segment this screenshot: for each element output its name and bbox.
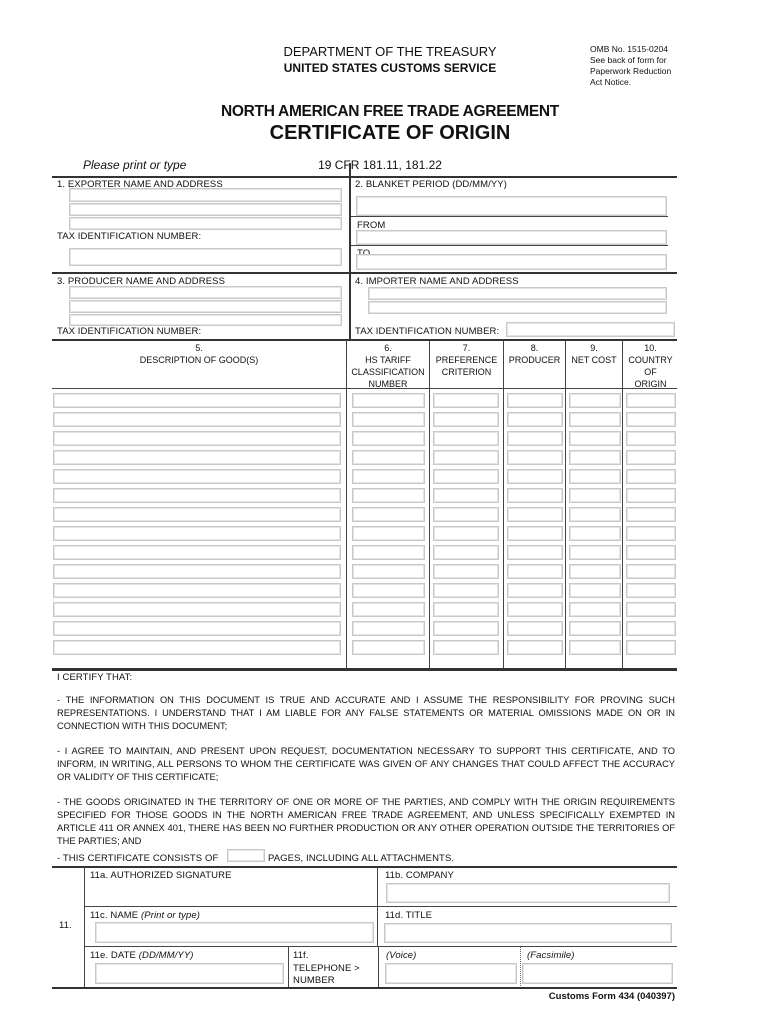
company-input[interactable] [387,886,669,904]
country-origin-input[interactable] [627,455,675,468]
description-cell[interactable] [53,469,341,484]
omb-line: Paperwork Reduction [590,66,700,77]
col-header-net-cost: 9. NET COST [566,342,622,366]
preference-cell[interactable] [433,526,499,541]
preference-cell[interactable] [433,469,499,484]
description-cell[interactable] [53,602,341,617]
divider [351,245,668,246]
preference-input[interactable] [434,645,498,658]
title-field[interactable] [384,923,672,943]
name-input[interactable] [96,924,373,943]
divider [349,163,351,341]
description-input[interactable] [54,607,340,620]
fax-label: (Facsimile) [527,950,575,961]
col-label: DESCRIPTION OF GOOD(S) [52,354,346,366]
net-cost-input[interactable] [570,531,620,544]
description-cell[interactable] [53,393,341,408]
hs-tariff-input[interactable] [353,493,424,506]
country-origin-input[interactable] [627,588,675,601]
preference-input[interactable] [434,626,498,639]
signature-area[interactable] [86,880,376,906]
producer-input[interactable] [508,493,562,506]
hs-tariff-cell[interactable] [352,488,425,503]
preference-cell[interactable] [433,488,499,503]
producer-cell[interactable] [507,488,563,503]
agreement-title: NORTH AMERICAN FREE TRADE AGREEMENT [150,103,630,121]
preference-input[interactable] [434,455,498,468]
hs-tariff-cell[interactable] [352,431,425,446]
column-divider [503,340,504,669]
country-origin-input[interactable] [627,607,675,620]
hs-tariff-cell[interactable] [352,564,425,579]
preference-input[interactable] [434,512,498,525]
certify-statement-2: - I AGREE TO MAINTAIN, AND PRESENT UPON … [57,745,675,784]
telephone-label: 11f. TELEPHONE > NUMBER [293,950,360,988]
company-label: 11b. COMPANY [385,870,454,881]
producer-input[interactable] [508,550,562,563]
preference-input[interactable] [434,588,498,601]
preference-cell[interactable] [433,583,499,598]
name-field[interactable] [95,922,374,943]
net-cost-input[interactable] [570,474,620,487]
preference-input[interactable] [434,531,498,544]
country-origin-cell[interactable] [626,412,676,427]
producer-cell[interactable] [507,545,563,560]
preference-input[interactable] [434,607,498,620]
producer-cell[interactable] [507,393,563,408]
col-label: PREFERENCE [430,354,503,366]
description-input[interactable] [54,493,340,506]
omb-notice: OMB No. 1515-0204 See back of form for P… [590,44,700,88]
country-origin-cell[interactable] [626,564,676,579]
preference-cell[interactable] [433,621,499,636]
producer-input[interactable] [508,645,562,658]
telephone-label-line: 11f. [293,950,360,963]
producer-address-line-1[interactable] [69,286,342,299]
country-origin-cell[interactable] [626,583,676,598]
certify-statement-3: - THE GOODS ORIGINATED IN THE TERRITORY … [57,796,675,848]
to-date-field[interactable] [356,254,667,270]
hs-tariff-input[interactable] [353,531,424,544]
department-title: DEPARTMENT OF THE TREASURY [250,44,530,59]
description-input[interactable] [54,645,340,658]
net-cost-cell[interactable] [569,488,621,503]
description-input[interactable] [54,531,340,544]
description-cell[interactable] [53,583,341,598]
section-11-number: 11. [59,920,72,931]
exporter-address-line-2[interactable] [69,203,342,216]
country-origin-input[interactable] [627,645,675,658]
hs-tariff-cell[interactable] [352,469,425,484]
date-input[interactable] [96,965,283,984]
hs-tariff-cell[interactable] [352,602,425,617]
certify-statement-1: - THE INFORMATION ON THIS DOCUMENT IS TR… [57,694,675,733]
hs-tariff-input[interactable] [353,550,424,563]
net-cost-input[interactable] [570,512,620,525]
preference-cell[interactable] [433,431,499,446]
col-label: PRODUCER [504,354,565,366]
preference-input[interactable] [434,569,498,582]
preference-cell[interactable] [433,545,499,560]
pages-prefix: - THIS CERTIFICATE CONSISTS OF [57,853,218,864]
net-cost-cell[interactable] [569,564,621,579]
divider [85,906,677,907]
divider [52,866,677,868]
col-number: 10. [623,342,678,354]
preference-input[interactable] [434,417,498,430]
page-count-input[interactable] [228,855,264,866]
hs-tariff-input[interactable] [353,569,424,582]
producer-input[interactable] [508,607,562,620]
country-origin-input[interactable] [627,398,675,411]
omb-line: See back of form for [590,55,700,66]
date-hint: (DD/MM/YY) [139,950,194,961]
hs-tariff-cell[interactable] [352,450,425,465]
importer-tax-label: TAX IDENTIFICATION NUMBER: [355,326,499,337]
title-label: 11d. TITLE [385,910,432,921]
divider [520,947,521,988]
from-date-field[interactable] [356,230,667,245]
preference-cell[interactable] [433,640,499,655]
col-label: NET COST [566,354,622,366]
description-cell[interactable] [53,488,341,503]
net-cost-input[interactable] [570,645,620,658]
preference-cell[interactable] [433,602,499,617]
name-hint: (Print or type) [141,910,200,921]
hs-tariff-cell[interactable] [352,393,425,408]
country-origin-cell[interactable] [626,469,676,484]
preference-input[interactable] [434,474,498,487]
col-header-description: 5. DESCRIPTION OF GOOD(S) [52,342,346,366]
net-cost-cell[interactable] [569,640,621,655]
divider [85,946,677,947]
net-cost-input[interactable] [570,569,620,582]
col-number: 9. [566,342,622,354]
description-input[interactable] [54,398,340,411]
hs-tariff-input[interactable] [353,645,424,658]
company-field[interactable] [386,883,670,903]
description-input[interactable] [54,512,340,525]
net-cost-cell[interactable] [569,602,621,617]
net-cost-cell[interactable] [569,526,621,541]
producer-input[interactable] [508,569,562,582]
hs-tariff-cell[interactable] [352,507,425,522]
net-cost-input[interactable] [570,398,620,411]
country-origin-cell[interactable] [626,507,676,522]
description-input[interactable] [54,417,340,430]
importer-address-input[interactable] [369,307,666,318]
column-divider [429,340,430,669]
description-input[interactable] [54,474,340,487]
country-origin-cell[interactable] [626,621,676,636]
importer-address-line-1[interactable] [368,287,667,300]
hs-tariff-cell[interactable] [352,583,425,598]
hs-tariff-input[interactable] [353,474,424,487]
description-cell[interactable] [53,412,341,427]
exporter-tax-label: TAX IDENTIFICATION NUMBER: [57,231,201,242]
producer-cell[interactable] [507,412,563,427]
country-origin-input[interactable] [627,474,675,487]
title-input[interactable] [385,926,671,944]
country-origin-cell[interactable] [626,545,676,560]
column-divider [565,340,566,669]
exporter-address-line-3[interactable] [69,217,342,230]
hs-tariff-input[interactable] [353,436,424,449]
preference-input[interactable] [434,493,498,506]
producer-input[interactable] [508,474,562,487]
producer-input[interactable] [508,626,562,639]
producer-cell[interactable] [507,507,563,522]
description-cell[interactable] [53,507,341,522]
omb-number: OMB No. 1515-0204 [590,44,700,55]
col-header-producer: 8. PRODUCER [504,342,565,366]
form-identifier: Customs Form 434 (040397) [470,991,675,1002]
net-cost-input[interactable] [570,550,620,563]
col-header-hs-tariff: 6. HS TARIFF CLASSIFICATION NUMBER [347,342,429,390]
to-date-input[interactable] [357,259,666,273]
omb-line: Act Notice. [590,77,700,88]
hs-tariff-input[interactable] [353,588,424,601]
hs-tariff-cell[interactable] [352,640,425,655]
preference-cell[interactable] [433,412,499,427]
hs-tariff-cell[interactable] [352,621,425,636]
hs-tariff-cell[interactable] [352,412,425,427]
producer-cell[interactable] [507,431,563,446]
regulation-ref: 19 CFR 181.11, 181.22 [290,158,470,172]
net-cost-cell[interactable] [569,469,621,484]
print-instruction: Please print or type [83,158,186,172]
description-input[interactable] [54,436,340,449]
hs-tariff-cell[interactable] [352,526,425,541]
date-field[interactable] [95,963,284,984]
col-number: 5. [52,342,346,354]
importer-label: 4. IMPORTER NAME AND ADDRESS [355,276,519,287]
col-label: CLASSIFICATION [347,366,429,378]
country-origin-input[interactable] [627,493,675,506]
net-cost-cell[interactable] [569,583,621,598]
divider [52,388,677,389]
net-cost-input[interactable] [570,626,620,639]
net-cost-input[interactable] [570,607,620,620]
net-cost-input[interactable] [570,493,620,506]
country-origin-cell[interactable] [626,640,676,655]
net-cost-cell[interactable] [569,545,621,560]
preference-cell[interactable] [433,450,499,465]
producer-cell[interactable] [507,602,563,617]
certify-heading: I CERTIFY THAT: [57,672,132,683]
exporter-address-line-1[interactable] [69,188,342,202]
country-origin-input[interactable] [627,436,675,449]
net-cost-input[interactable] [570,417,620,430]
blanket-period-field[interactable] [356,196,667,216]
country-origin-input[interactable] [627,531,675,544]
blanket-period-input[interactable] [357,199,666,217]
producer-cell[interactable] [507,564,563,579]
country-origin-cell[interactable] [626,526,676,541]
exporter-tax-id-field[interactable] [69,248,342,266]
col-label: CRITERION [430,366,503,378]
voice-phone-field[interactable] [385,963,517,984]
producer-cell[interactable] [507,450,563,465]
description-input[interactable] [54,455,340,468]
col-label: HS TARIFF [347,354,429,366]
col-label: OF [623,366,678,378]
country-origin-cell[interactable] [626,431,676,446]
hs-tariff-input[interactable] [353,417,424,430]
divider [52,668,677,671]
col-number: 7. [430,342,503,354]
net-cost-input[interactable] [570,455,620,468]
producer-input[interactable] [508,455,562,468]
hs-tariff-input[interactable] [353,455,424,468]
divider [378,947,379,988]
country-origin-input[interactable] [627,550,675,563]
name-label-text: 11c. NAME [90,910,138,921]
description-cell[interactable] [53,621,341,636]
producer-cell[interactable] [507,621,563,636]
country-origin-cell[interactable] [626,393,676,408]
country-origin-cell[interactable] [626,602,676,617]
producer-cell[interactable] [507,469,563,484]
net-cost-input[interactable] [570,436,620,449]
col-label: COUNTRY [623,354,678,366]
country-origin-input[interactable] [627,417,675,430]
producer-tax-label: TAX IDENTIFICATION NUMBER: [57,326,201,337]
producer-address-line-3[interactable] [69,314,342,326]
producer-input[interactable] [508,436,562,449]
divider [377,867,378,947]
fax-phone-input[interactable] [523,965,672,984]
producer-input[interactable] [508,588,562,601]
name-label: 11c. NAME (Print or type) [90,910,200,921]
blanket-period-label: 2. BLANKET PERIOD (DD/MM/YY) [355,179,507,190]
description-input[interactable] [54,626,340,639]
divider [52,176,677,178]
exporter-tax-id-input[interactable] [70,252,341,268]
divider [52,987,677,989]
producer-input[interactable] [508,531,562,544]
description-cell[interactable] [53,526,341,541]
description-input[interactable] [54,588,340,601]
producer-cell[interactable] [507,526,563,541]
producer-input[interactable] [508,417,562,430]
country-origin-cell[interactable] [626,450,676,465]
net-cost-cell[interactable] [569,393,621,408]
description-cell[interactable] [53,431,341,446]
fax-phone-field[interactable] [522,963,673,984]
divider [52,339,677,341]
divider [52,272,677,274]
net-cost-cell[interactable] [569,621,621,636]
country-origin-input[interactable] [627,569,675,582]
net-cost-cell[interactable] [569,412,621,427]
description-input[interactable] [54,550,340,563]
hs-tariff-input[interactable] [353,626,424,639]
voice-phone-input[interactable] [386,965,516,984]
service-title: UNITED STATES CUSTOMS SERVICE [250,61,530,75]
preference-input[interactable] [434,398,498,411]
preference-input[interactable] [434,550,498,563]
preference-input[interactable] [434,436,498,449]
producer-input[interactable] [508,512,562,525]
description-cell[interactable] [53,545,341,560]
telephone-label-line: NUMBER [293,975,360,988]
page-title: CERTIFICATE OF ORIGIN [150,122,630,145]
preference-cell[interactable] [433,564,499,579]
description-cell[interactable] [53,640,341,655]
hs-tariff-input[interactable] [353,512,424,525]
country-origin-input[interactable] [627,626,675,639]
country-origin-cell[interactable] [626,488,676,503]
preference-cell[interactable] [433,507,499,522]
producer-input[interactable] [508,398,562,411]
divider [84,867,85,988]
divider [351,216,668,217]
page-count-field[interactable] [227,849,265,862]
certification-text: - THE INFORMATION ON THIS DOCUMENT IS TR… [57,694,675,848]
producer-cell[interactable] [507,640,563,655]
producer-cell[interactable] [507,583,563,598]
description-input[interactable] [54,569,340,582]
country-origin-input[interactable] [627,512,675,525]
telephone-label-line: TELEPHONE > [293,963,360,976]
preference-cell[interactable] [433,393,499,408]
hs-tariff-input[interactable] [353,398,424,411]
producer-address-line-2[interactable] [69,300,342,313]
pages-suffix: PAGES, INCLUDING ALL ATTACHMENTS. [268,853,454,864]
importer-tax-id-field[interactable] [506,322,675,337]
date-label: 11e. DATE (DD/MM/YY) [90,950,194,961]
net-cost-cell[interactable] [569,507,621,522]
col-header-preference: 7. PREFERENCE CRITERION [430,342,503,378]
net-cost-cell[interactable] [569,431,621,446]
divider [288,947,289,988]
hs-tariff-cell[interactable] [352,545,425,560]
net-cost-input[interactable] [570,588,620,601]
importer-address-line-2[interactable] [368,301,667,314]
col-number: 8. [504,342,565,354]
description-cell[interactable] [53,564,341,579]
col-number: 6. [347,342,429,354]
from-date-input[interactable] [357,235,666,248]
net-cost-cell[interactable] [569,450,621,465]
col-header-country: 10. COUNTRY OF ORIGIN [623,342,678,390]
description-cell[interactable] [53,450,341,465]
date-label-text: 11e. DATE [90,950,136,961]
hs-tariff-input[interactable] [353,607,424,620]
voice-label: (Voice) [386,950,416,961]
